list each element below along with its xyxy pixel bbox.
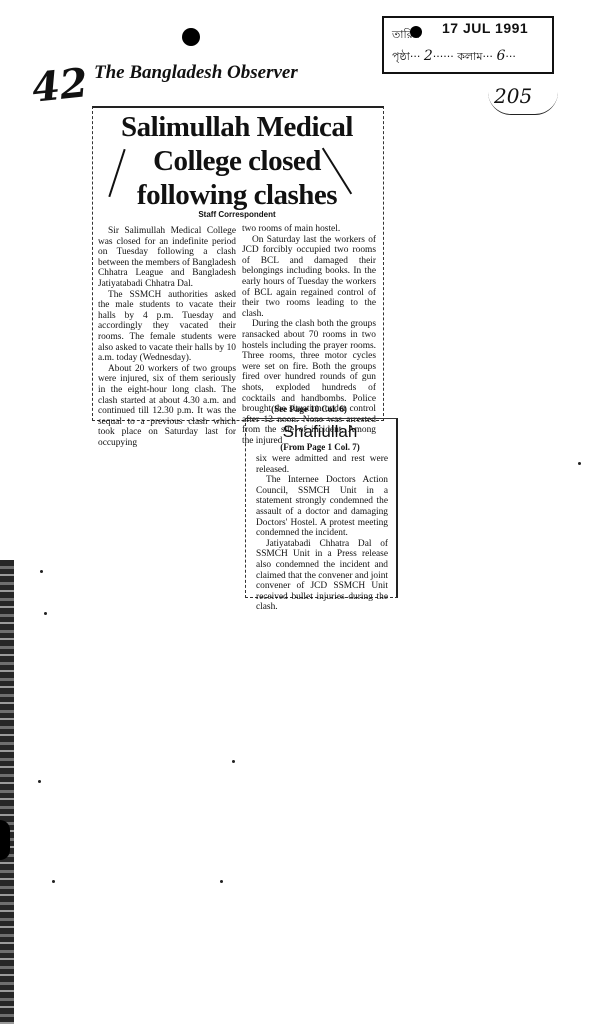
scan-speck <box>44 612 47 615</box>
stamp-page-value: 2 <box>424 48 433 64</box>
paragraph: Sir Salimullah Medical College was close… <box>98 226 236 290</box>
article-column-1: Sir Salimullah Medical College was close… <box>98 226 236 448</box>
stamp-ink-blot <box>410 26 422 38</box>
stamp-date: 17 JUL 1991 <box>442 20 528 36</box>
stamp-column-label: কলাম <box>457 50 482 63</box>
date-stamp: তারিখ 17 JUL 1991 পৃষ্ঠা··· 2······ কলাম… <box>382 16 554 74</box>
paragraph: six were admitted and rest were released… <box>256 454 388 475</box>
paragraph: About 20 workers of two groups were inju… <box>98 364 236 449</box>
paragraph: The SSMCH authorities asked the male stu… <box>98 290 236 364</box>
jump-line: (See Page 10 Col. 6) <box>242 404 376 414</box>
scanned-torn-edge <box>0 560 14 1024</box>
article-headline: Salimullah Medical College closed follow… <box>92 110 382 212</box>
scan-speck <box>40 570 43 573</box>
continuation-from-line: (From Page 1 Col. 7) <box>245 442 395 452</box>
stamp-column-value: 6 <box>496 48 505 64</box>
continuation-heading: Shafiullah <box>245 422 395 442</box>
scan-speck <box>52 880 55 883</box>
handwritten-number-left: 42 <box>30 59 90 112</box>
stamp-page-label: পৃষ্ঠা <box>392 50 410 63</box>
scan-speck <box>220 880 223 883</box>
handwritten-underline <box>488 92 558 115</box>
scanned-edge-blot <box>0 820 10 860</box>
publication-name: The Bangladesh Observer <box>94 62 298 84</box>
paragraph: The Internee Doctors Action Council, SSM… <box>256 475 388 539</box>
continuation-column: six were admitted and rest were released… <box>256 454 388 613</box>
paragraph: Jatiyatabadi Chhatra Dal of SSMCH Unit i… <box>256 539 388 613</box>
scan-speck <box>38 780 41 783</box>
stamp-page-line: পৃষ্ঠা··· 2······ কলাম··· 6··· <box>392 48 516 67</box>
scan-speck <box>578 462 581 465</box>
article-byline: Staff Correspondent <box>92 210 382 219</box>
paragraph: two rooms of main hostel. <box>242 224 376 235</box>
headline-line-1: Salimullah Medical <box>92 110 382 144</box>
headline-line-3: following clashes <box>92 178 382 212</box>
scan-speck <box>232 760 235 763</box>
punch-hole <box>182 28 200 46</box>
paragraph: On Saturday last the workers of JCD forc… <box>242 235 376 320</box>
